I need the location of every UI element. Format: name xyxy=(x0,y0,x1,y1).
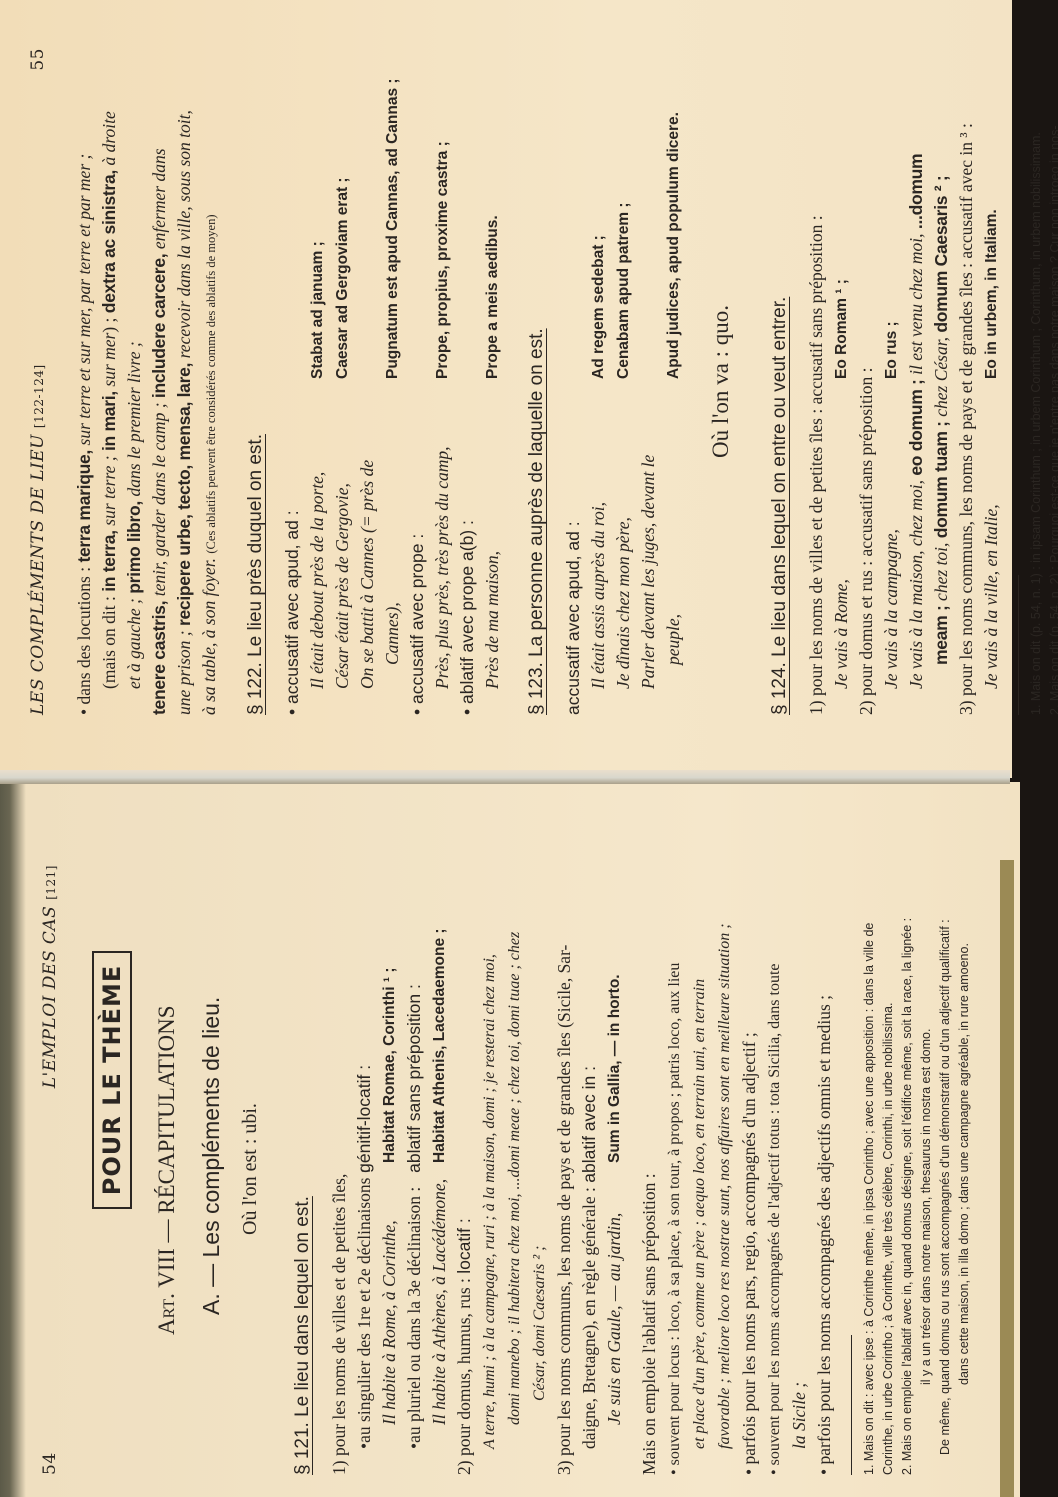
example-row: Près de ma maison,Prope a meis aedibus. xyxy=(480,48,505,715)
ubi-heading: Où l'on est : ubi. xyxy=(238,825,263,1475)
rule-label: accusatif avec prope : xyxy=(405,48,430,715)
example-line: meam ; chez toi, domum tuam ; chez César… xyxy=(929,48,954,715)
rule-line: 1) pour les noms de villes et de petites… xyxy=(804,48,829,715)
example-line: Je vais à la maison, chez moi, eo domum … xyxy=(904,48,929,715)
footnote: De même, quand domus ou rus sont accompa… xyxy=(936,825,955,1475)
example-line: A terre, humi ; à la campagne, ruri ; à … xyxy=(477,825,502,1475)
footnote: 2. Mais on dit (p. 54, n. 2) : Pourquoi … xyxy=(1046,48,1058,715)
example-row: peuple,Apud judices, apud populum dicere… xyxy=(661,48,686,715)
footnote-rule xyxy=(1018,575,1019,715)
rule-row: daigne, Bretagne), en règle générale : a… xyxy=(577,825,602,1475)
rule-label: accusatif avec apud, ad : xyxy=(280,48,305,715)
example-row: Je suis en Gaule, — au jardin,Sum in Gal… xyxy=(602,825,627,1475)
footnote: Corinthe, in urbe Corintho ; à Corinthe,… xyxy=(879,825,898,1475)
quo-heading: Où l'on va : quo. xyxy=(704,48,738,715)
page-number: 54 xyxy=(40,1452,60,1475)
page-54: 54 L'EMPLOI DES CAS [121] POUR LE THÈME … xyxy=(0,785,1010,1497)
footnote: dans cette maison, in illa domo ; dans u… xyxy=(955,825,974,1475)
rule-row: 2) pour domus, humus, rus : locatif : xyxy=(452,825,477,1475)
example-line: César, domi Caesaris ² ; xyxy=(527,825,552,1475)
example-row: Je dînais chez mon père,Cenabam apud pat… xyxy=(611,48,636,715)
section-124-title: § 124. Le lieu dans lequel on entre ou v… xyxy=(766,48,794,715)
example-row: Il était debout près de la porte,Stabat … xyxy=(305,48,330,715)
locutions-block: dans des locutions : terra marique, sur … xyxy=(72,48,224,715)
rule-row: au pluriel ou dans la 3e déclinaison :ab… xyxy=(402,825,427,1475)
section-123-title: § 123. La personne auprès de laquelle on… xyxy=(523,48,551,715)
rule-line: 2) pour domus et rus : accusatif sans pr… xyxy=(854,48,879,715)
page-55: LES COMPLÉMENTS DE LIEU [122-124] 55 dan… xyxy=(0,0,1010,775)
rule-row: au singulier des 1re et 2e déclinaisons … xyxy=(352,825,377,1475)
bullet-line: souvent pour les noms accompagnés de l'a… xyxy=(762,825,787,1475)
example-row: On se battit à Cannes (= près de xyxy=(355,48,380,715)
page-header: LES COMPLÉMENTS DE LIEU [122-124] 55 xyxy=(28,48,62,715)
example-row: Près, plus près, très près du camp,Prope… xyxy=(430,48,455,715)
rule-line: 3) pour les noms communs, les noms de pa… xyxy=(552,825,577,1475)
scanned-book-spread: LES COMPLÉMENTS DE LIEU [122-124] 55 dan… xyxy=(0,0,1058,1497)
example-row: Je vais à Rome,Eo Romam ¹ ; xyxy=(829,48,854,715)
running-title: LES COMPLÉMENTS DE LIEU [122-124] xyxy=(28,364,48,715)
bullet-line: et place d'un père, comme un père ; aequ… xyxy=(687,825,712,1475)
theme-box: POUR LE THÈME xyxy=(92,951,132,1210)
example-row: Je vais à la campagne,Eo rus ; xyxy=(879,48,904,715)
page-number: 55 xyxy=(28,48,48,71)
example-row: César était près de Gergovie,Caesar ad G… xyxy=(330,48,355,715)
example-row: Il était assis auprès du roi,Ad regem se… xyxy=(586,48,611,715)
example-row: Je vais à la ville, en Italie,Eo in urbe… xyxy=(979,48,1004,715)
rule-line: 3) pour les noms communs, les noms de pa… xyxy=(954,48,979,715)
section-121-title: § 121. Le lieu dans lequel on est. xyxy=(289,825,317,1475)
bullet-line: parfois pour les noms pars, regio, accom… xyxy=(737,825,762,1475)
rule-label: accusatif avec apud, ad : xyxy=(561,48,586,715)
rule-line: Mais on emploie l'ablatif sans prépositi… xyxy=(637,825,662,1475)
example-row: Il habite à Rome, à Corinthe,Habitat Rom… xyxy=(377,825,402,1475)
bullet-line: la Sicile ; xyxy=(787,825,812,1475)
footnote: 2. Mais on emploie l'ablatif avec in, qu… xyxy=(898,825,917,1475)
footnote-rule xyxy=(851,1335,852,1475)
footnote: 1. Mais on dit (p. 54, n. 1) : in ipsam … xyxy=(1027,48,1046,715)
rule-label: ablatif avec prope a(b) : xyxy=(455,48,480,715)
section-a-title: A. — Les compléments de lieu. xyxy=(194,825,228,1475)
example-line: domi manebo ; il habitera chez moi, ...d… xyxy=(502,825,527,1475)
article-title: Art. VIII — RÉCAPITULATIONS xyxy=(150,825,184,1475)
bullet-line: souvent pour locus : loco, à sa place, à… xyxy=(662,825,687,1475)
example-row: Cannes),Pugnatum est apud Cannas, ad Can… xyxy=(380,48,405,715)
bullet-line: favorable ; meliore loco res nostrae sun… xyxy=(712,825,737,1475)
section-122-title: § 122. Le lieu près duquel on est. xyxy=(242,48,270,715)
footnote: 1. Mais on dit : avec ipse : à Corinthe … xyxy=(860,825,879,1475)
running-title: L'EMPLOI DES CAS [121] xyxy=(40,865,60,1088)
page-header: 54 L'EMPLOI DES CAS [121] xyxy=(40,825,74,1475)
rule-line: 1) pour les noms de villes et de petites… xyxy=(327,825,352,1475)
example-row: Parler devant les juges, devant le xyxy=(636,48,661,715)
example-row: Il habite à Athènes, à Lacédémone,Habita… xyxy=(427,825,452,1475)
bullet-line: parfois pour les noms accompagnés des ad… xyxy=(812,825,837,1475)
footnote: il y a un trésor dans notre maison, thes… xyxy=(917,825,936,1475)
